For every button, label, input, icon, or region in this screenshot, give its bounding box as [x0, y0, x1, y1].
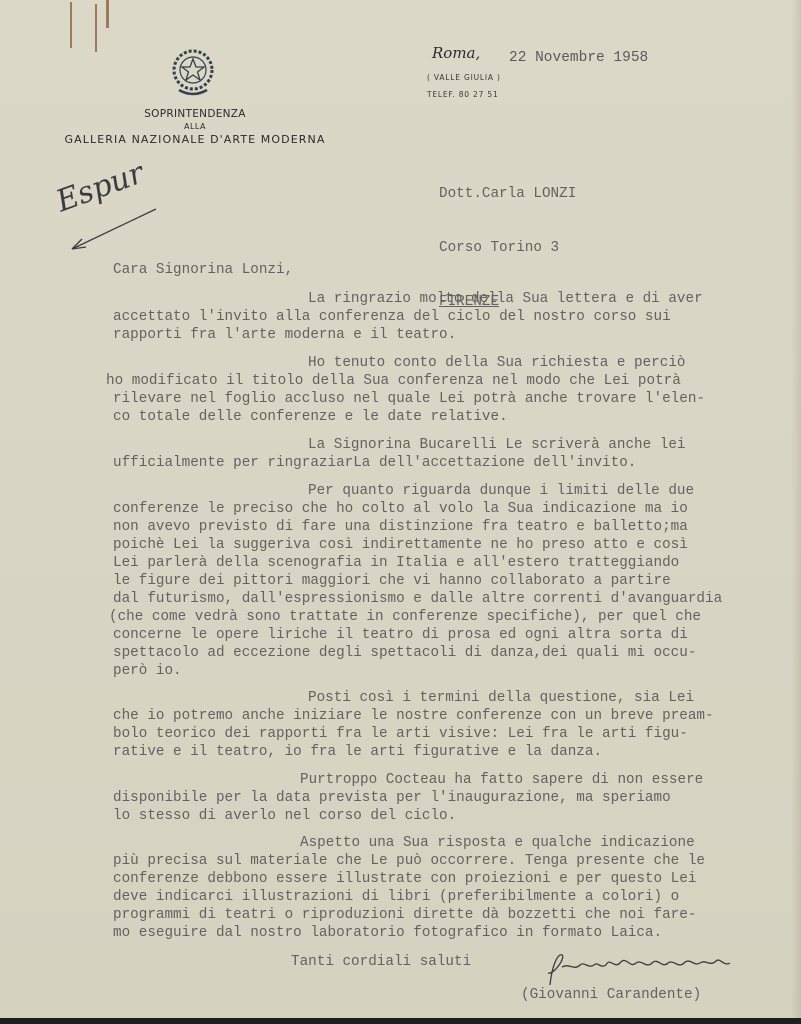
- body-line: rilevare nel foglio accluso nel quale Le…: [113, 390, 705, 408]
- body-line: che io potremo anche iniziare le nostre …: [113, 707, 714, 725]
- letter-body: La ringrazio molto della Sua lettera e d…: [113, 290, 147, 1024]
- body-line: le figure dei pittori maggiori che vi ha…: [113, 572, 671, 590]
- place-phone: TELEF. 80 27 51: [427, 90, 499, 99]
- letterhead-line-2: ALLA: [40, 122, 350, 131]
- body-line: (che come vedrà sono trattate in confere…: [109, 608, 701, 626]
- body-line: conferenze debbono essere illustrate con…: [113, 870, 696, 888]
- place-district: ( VALLE GIULIA ): [427, 73, 501, 82]
- signature-typed-name: (Giovanni Carandente): [521, 986, 701, 1004]
- body-line: bolo teorico dei rapporti fra le arti vi…: [113, 725, 688, 743]
- body-line: spettacolo ad eccezione degli spettacoli…: [113, 644, 696, 662]
- body-line: rapporti fra l'arte moderna e il teatro.: [113, 326, 456, 344]
- body-line: disponibile per la data prevista per l'i…: [113, 789, 671, 807]
- body-line: lo stesso di averlo nel corso del ciclo.: [113, 807, 456, 825]
- letterhead-line-3: GALLERIA NAZIONALE D'ARTE MODERNA: [40, 133, 350, 146]
- body-line: deve indicarci illustrazioni di libri (p…: [113, 888, 679, 906]
- body-line: rative e il teatro, io fra le arti figur…: [113, 743, 602, 761]
- body-line: programmi di teatri o riproduzioni diret…: [113, 906, 696, 924]
- body-line: dal futurismo, dall'espressionismo e dal…: [113, 590, 722, 608]
- body-line: La ringrazio molto della Sua lettera e d…: [308, 290, 703, 308]
- body-line: non avevo previsto di fare una distinzio…: [113, 518, 688, 536]
- page-edge-shadow: [791, 0, 801, 1024]
- body-line: Lei parlerà della scenografia in Italia …: [113, 554, 679, 572]
- handwritten-arrow-icon: [66, 205, 161, 255]
- body-line: mo eseguire dal nostro laboratorio fotog…: [113, 924, 662, 942]
- place-city: Roma,: [432, 44, 480, 62]
- body-line: Ho tenuto conto della Sua richiesta e pe…: [308, 354, 686, 372]
- body-line: Purtroppo Cocteau ha fatto sapere di non…: [300, 771, 703, 789]
- italian-republic-emblem-icon: [169, 44, 217, 100]
- body-line: co totale delle conferenze e le date rel…: [113, 408, 508, 426]
- closing: Tanti cordiali saluti: [291, 953, 471, 971]
- body-line: più precisa sul materiale che Le può occ…: [113, 852, 705, 870]
- body-line: Aspetto una Sua risposta e qualche indic…: [300, 834, 695, 852]
- recipient-name: Dott.Carla LONZI: [439, 185, 576, 203]
- body-line: poichè Lei la suggeriva così indirettame…: [113, 536, 688, 554]
- body-line: ufficialmente per ringraziarLa dell'acce…: [113, 454, 636, 472]
- scan-border: [0, 1018, 801, 1024]
- letter-date: 22 Novembre 1958: [509, 50, 648, 66]
- rust-stain: [106, 0, 109, 28]
- body-line: La Signorina Bucarelli Le scriverà anche…: [308, 436, 686, 454]
- body-line: ho modificato il titolo della Sua confer…: [106, 372, 681, 390]
- handwritten-signature-icon: [540, 945, 765, 990]
- body-line: però io.: [113, 662, 182, 680]
- letter-page: SOPRINTENDENZA ALLA GALLERIA NAZIONALE D…: [0, 0, 801, 1024]
- rust-stain: [70, 2, 72, 48]
- body-line: concerne le opere liriche il teatro di p…: [113, 626, 688, 644]
- body-line: Posti così i termini della questione, si…: [308, 689, 694, 707]
- salutation: Cara Signorina Lonzi,: [113, 261, 293, 279]
- recipient-street: Corso Torino 3: [439, 239, 576, 257]
- body-line: accettato l'invito alla conferenza del c…: [113, 308, 671, 326]
- body-line: conferenze le preciso che ho colto al vo…: [113, 500, 688, 518]
- rust-stain: [95, 4, 97, 52]
- body-line: Per quanto riguarda dunque i limiti dell…: [308, 482, 694, 500]
- letterhead-line-1: SOPRINTENDENZA: [40, 108, 350, 120]
